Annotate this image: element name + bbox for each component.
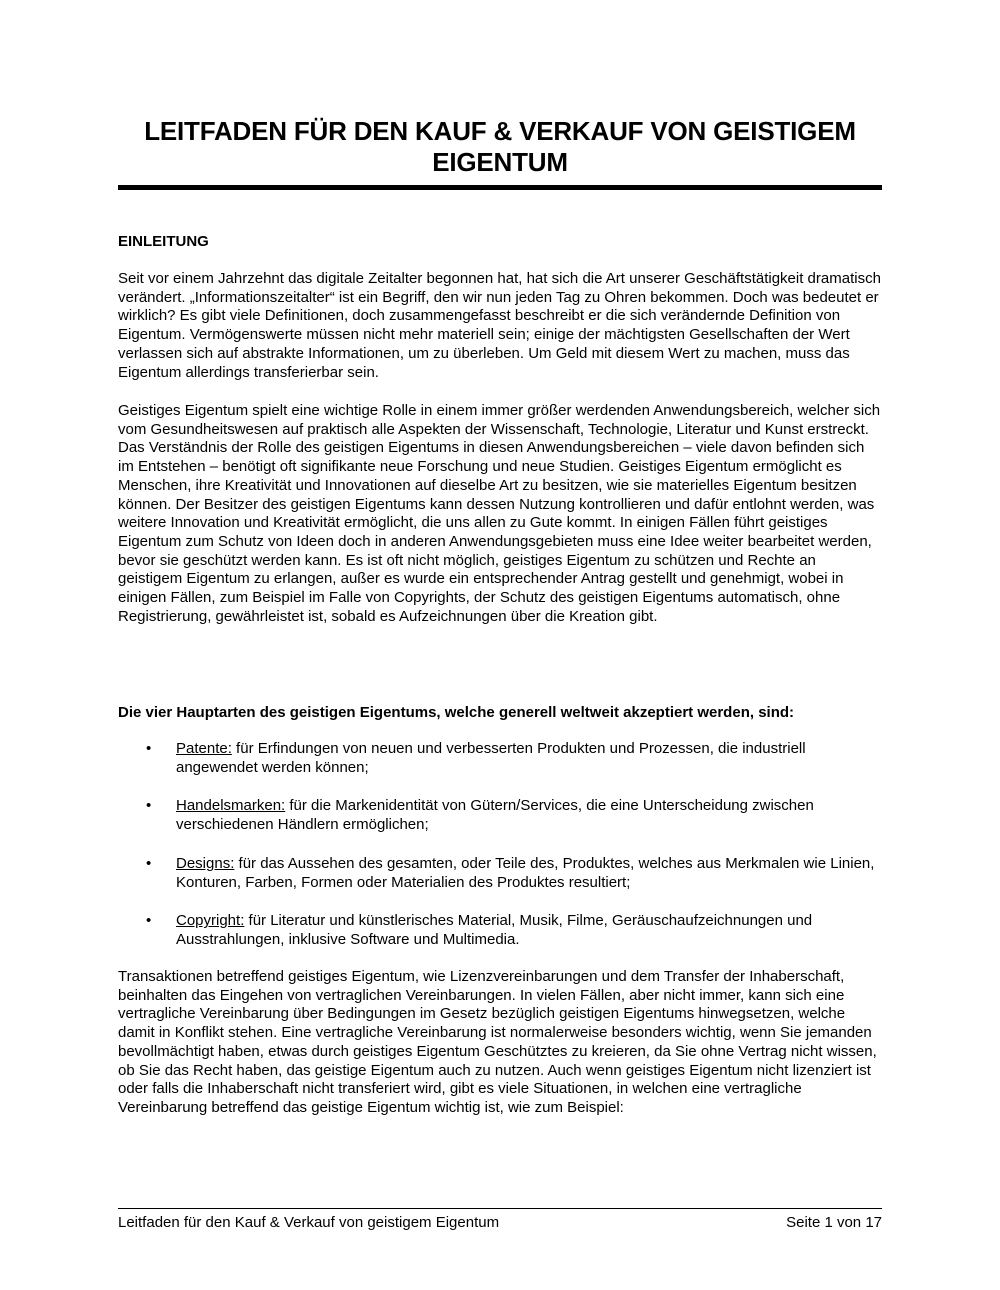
paragraph-intro-1: Seit vor einem Jahrzehnt das digitale Ze… — [118, 270, 882, 382]
list-item-text: für das Aussehen des gesamten, oder Teil… — [176, 855, 874, 891]
list-item-text: für Literatur und künstlerisches Materia… — [176, 912, 812, 948]
footer-document-title: Leitfaden für den Kauf & Verkauf von gei… — [118, 1214, 499, 1231]
footer-page-number: Seite 1 von 17 — [786, 1214, 882, 1231]
list-item: •Designs: für das Aussehen des gesamten,… — [118, 855, 882, 892]
list-item-term: Copyright: — [176, 912, 244, 929]
footer-divider — [118, 1208, 882, 1209]
list-item-term: Designs: — [176, 855, 234, 872]
list-item: •Copyright: für Literatur und künstleris… — [118, 912, 882, 949]
title-divider — [118, 185, 882, 190]
list-item-term: Handelsmarken: — [176, 797, 285, 814]
paragraph-transactions: Transaktionen betreffend geistiges Eigen… — [118, 968, 882, 1118]
ip-types-list: •Patente: für Erfindungen von neuen und … — [118, 740, 882, 970]
bullet-icon: • — [146, 855, 151, 874]
list-item-term: Patente: — [176, 740, 232, 757]
bullet-icon: • — [146, 912, 151, 931]
paragraph-intro-2: Geistiges Eigentum spielt eine wichtige … — [118, 402, 882, 626]
section-heading: EINLEITUNG — [118, 233, 209, 250]
list-heading: Die vier Hauptarten des geistigen Eigent… — [118, 704, 794, 721]
list-item: •Patente: für Erfindungen von neuen und … — [118, 740, 882, 777]
bullet-icon: • — [146, 740, 151, 759]
document-title: LEITFADEN FÜR DEN KAUF & VERKAUF VON GEI… — [118, 116, 882, 178]
bullet-icon: • — [146, 797, 151, 816]
list-item-text: für Erfindungen von neuen und verbessert… — [176, 740, 806, 776]
list-item: •Handelsmarken: für die Markenidentität … — [118, 797, 882, 834]
